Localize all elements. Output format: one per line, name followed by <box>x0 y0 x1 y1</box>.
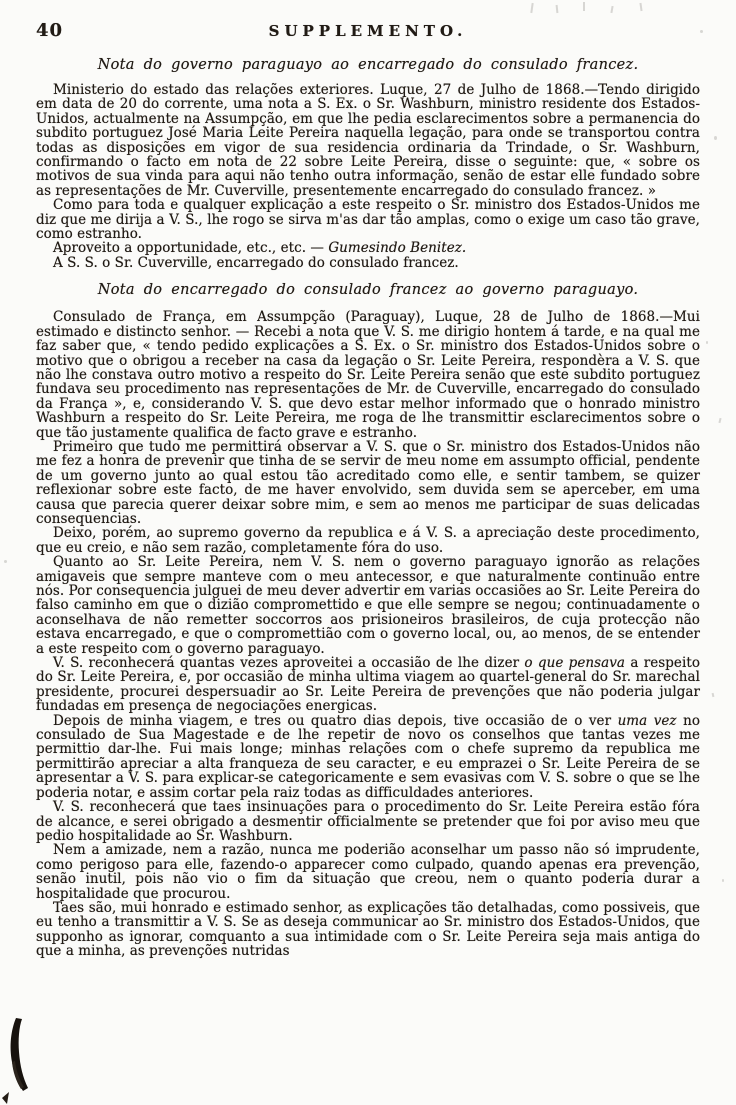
paragraph: Ministerio do estado das relações exteri… <box>36 83 700 198</box>
text-run: A S. S. o Sr. Cuverville, encarregado do… <box>53 255 459 271</box>
page-content: 40 SUPPLEMENTO. Nota do governo paraguay… <box>36 18 700 959</box>
paragraph: V. S. reconhecerá quantas vezes aproveit… <box>36 656 700 714</box>
paragraph: Depois de minha viagem, e tres ou quatro… <box>36 714 700 800</box>
text-run: Primeiro que tudo me permittirá observar… <box>36 439 700 527</box>
scan-speck <box>4 560 7 563</box>
scanned-book-page: 40 SUPPLEMENTO. Nota do governo paraguay… <box>0 0 736 1105</box>
scan-speck <box>610 6 613 13</box>
text-run: Nem a amizade, nem a razão, nunca me pod… <box>36 842 700 901</box>
section-heading: Nota do governo paraguayo ao encarregado… <box>36 57 700 73</box>
scan-speck <box>712 693 715 697</box>
text-run: Consulado de França, em Assumpção (Parag… <box>36 309 700 440</box>
paragraph: Primeiro que tudo me permittirá observar… <box>36 440 700 526</box>
paragraph: Consulado de França, em Assumpção (Parag… <box>36 310 700 440</box>
scan-speck <box>706 341 708 344</box>
paragraph: Deixo, porém, ao supremo governo da repu… <box>36 526 700 555</box>
page-number: 40 <box>36 20 63 41</box>
text-run: Como para toda e qualquer explicação a e… <box>36 197 700 242</box>
section-heading: Nota do encarregado do consulado francez… <box>36 282 700 298</box>
scan-speck <box>700 30 703 33</box>
scan-speck <box>722 879 724 882</box>
document-section-1: Nota do governo paraguayo ao encarregado… <box>36 57 700 270</box>
paragraph: Taes são, mui honrado e estimado senhor,… <box>36 901 700 959</box>
scan-speck <box>714 136 717 140</box>
text-run: Deixo, porém, ao supremo governo da repu… <box>36 525 700 555</box>
scan-speck <box>718 418 721 423</box>
paragraph: Aproveito a opportunidade, etc., etc. — … <box>36 241 700 255</box>
text-run: V. S. reconhecerá que taes insinuações p… <box>36 799 700 844</box>
running-title: SUPPLEMENTO. <box>36 18 700 40</box>
ink-blot-artifact <box>0 1018 36 1105</box>
paragraph: Quanto ao Sr. Leite Pereira, nem V. S. n… <box>36 555 700 656</box>
paragraph: A S. S. o Sr. Cuverville, encarregado do… <box>36 256 700 270</box>
text-run: Ministerio do estado das relações exteri… <box>36 82 700 199</box>
scan-speck <box>583 2 585 11</box>
scan-speck <box>556 5 559 13</box>
paragraph: Como para toda e qualquer explicação a e… <box>36 198 700 241</box>
document-sections: Nota do governo paraguayo ao encarregado… <box>36 57 700 959</box>
text-run: Quanto ao Sr. Leite Pereira, nem V. S. n… <box>36 554 700 656</box>
paragraph: Nem a amizade, nem a razão, nunca me pod… <box>36 843 700 901</box>
scan-speck <box>639 3 642 11</box>
text-run: Taes são, mui honrado e estimado senhor,… <box>36 900 700 959</box>
scan-speck <box>530 3 533 13</box>
page-header: 40 SUPPLEMENTO. <box>36 18 700 44</box>
paragraph: V. S. reconhecerá que taes insinuações p… <box>36 800 700 843</box>
document-section-2: Nota do encarregado do consulado francez… <box>36 282 700 958</box>
